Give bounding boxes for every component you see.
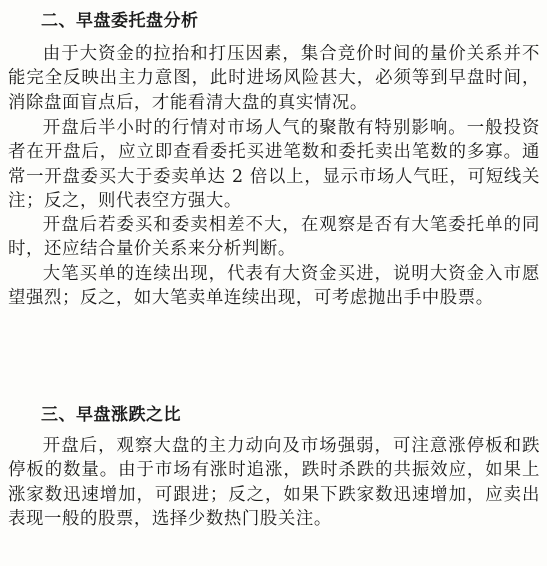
paragraph: 由于大资金的拉抬和打压因素，集合竞价时间的量价关系并不能完全反映出主力意图，此时… [8, 42, 540, 115]
paragraph: 开盘后若委买和委卖相差不大，在观察是否有大笔委托单的同时，还应结合量价关系来分析… [8, 213, 540, 262]
paragraph: 大笔买单的连续出现，代表有大资金买进，说明大资金入市愿望强烈；反之，如大笔卖单连… [8, 262, 540, 311]
section-heading-3: 三、早盘涨跌之比 [41, 400, 181, 425]
section-heading-2: 二、早盘委托盘分析 [41, 6, 199, 31]
paragraph: 开盘后半小时的行情对市场人气的聚散有特别影响。一般投资者在开盘后，应立即查看委托… [8, 116, 540, 214]
paragraph: 开盘后，观察大盘的主力动向及市场强弱，可注意涨停板和跌停板的数量。由于市场有涨时… [8, 434, 540, 532]
